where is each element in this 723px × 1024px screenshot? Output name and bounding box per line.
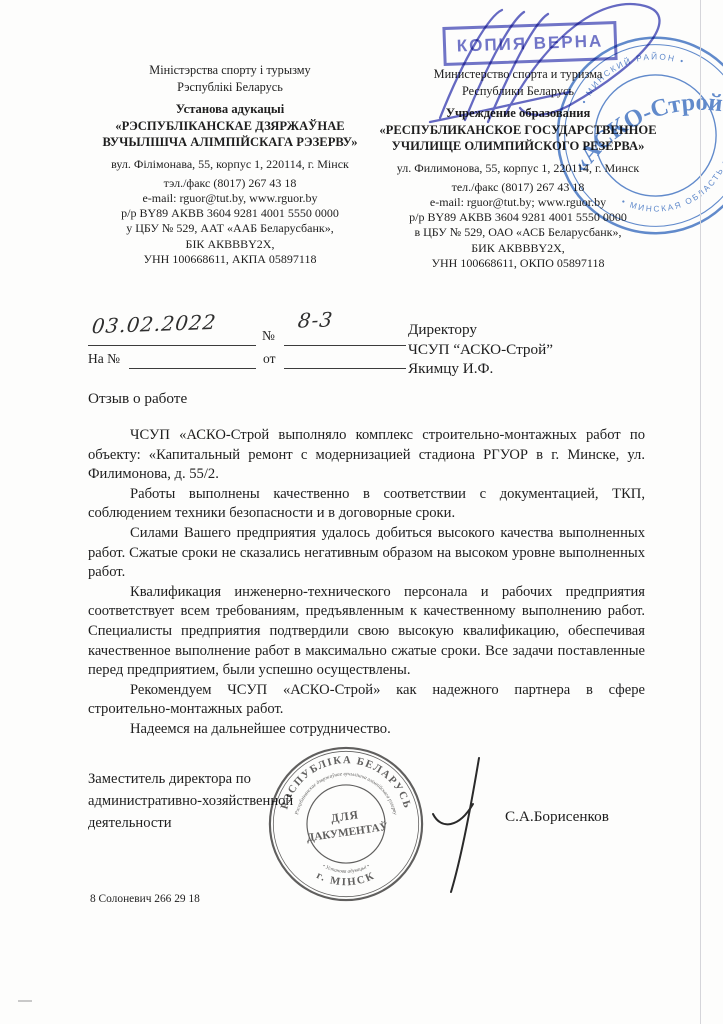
org-name: ВУЧЫЛІШЧА АЛІМПІЙСКАГА РЭЗЕРВУ» xyxy=(70,134,390,151)
black-pen-signature xyxy=(415,752,500,897)
body-paragraph: Надеемся на дальнейшее сотрудничество. xyxy=(88,720,645,740)
org-phone: тэл./факс (8017) 267 43 18 xyxy=(70,176,390,191)
addressee-block: Директору ЧСУП “АСКО-Строй” Якимцу И.Ф. xyxy=(408,320,553,379)
na-number-line xyxy=(129,368,256,369)
ministry-line: Рэспублікі Беларусь xyxy=(70,79,390,96)
org-address: вул. Філімонава, 55, корпус 1, 220114, г… xyxy=(70,157,390,172)
ot-label: от xyxy=(263,351,275,367)
na-number-label: На № xyxy=(88,351,120,367)
org-bik: БІК АКВВВY2X, xyxy=(70,237,390,252)
letterhead-left: Міністэрства спорту і турызму Рэспублікі… xyxy=(70,62,390,267)
number-label: № xyxy=(262,328,275,344)
scan-edge-line xyxy=(700,0,701,1024)
dlya-dakumentau-stamp: РЭСПУБЛІКА БЕЛАРУСЬ г. МІНСК Рэспублікан… xyxy=(266,744,426,904)
body-paragraph: Работы выполнены качественно в соответст… xyxy=(88,485,645,524)
ot-line xyxy=(284,368,406,369)
subject-line: Отзыв о работе xyxy=(88,390,187,408)
doc-center-line2: ДАКУМЕНТАЎ xyxy=(306,821,389,844)
signer-name: С.А.Борисенков xyxy=(505,808,609,826)
body-paragraph: Квалификация инженерно-технического перс… xyxy=(88,583,645,681)
org-unn: УНН 100668611, ОКПО 05897118 xyxy=(368,256,668,271)
document-page: { "header": { "left": { "ministry1": "Мі… xyxy=(0,0,723,1024)
org-name: «РЭСПУБЛІКАНСКАЕ ДЗЯРЖАЎНАЕ xyxy=(70,118,390,135)
executor-footer: 8 Солоневич 266 29 18 xyxy=(90,893,200,905)
ministry-line: Міністэрства спорту і турызму xyxy=(70,62,390,79)
addressee-person: Якимцу И.Ф. xyxy=(408,359,553,379)
doc-center-line1: ДЛЯ xyxy=(330,808,360,825)
letter-body: ЧСУП «АСКО-Строй выполняло комплекс стро… xyxy=(88,426,645,740)
addressee-title: Директору xyxy=(408,320,553,340)
addressee-company: ЧСУП “АСКО-Строй” xyxy=(408,340,553,360)
org-account: р/р BY89 АКВВ 3604 9281 4001 5550 0000 xyxy=(70,206,390,221)
body-paragraph: Силами Вашего предприятия удалось добить… xyxy=(88,524,645,583)
org-unn: УНН 100668611, АКПА 05897118 xyxy=(70,252,390,267)
svg-text:• Установа адукацыі •: • Установа адукацыі • xyxy=(322,863,371,875)
number-line xyxy=(284,345,406,346)
org-type: Установа адукацыі xyxy=(70,101,390,118)
asko-stroy-round-stamp: • МИНСКИЙ РАЙОН • • МИНСКАЯ ОБЛАСТЬ • «А… xyxy=(548,28,723,243)
body-paragraph: Рекомендуем ЧСУП «АСКО-Строй» как надежн… xyxy=(88,681,645,720)
handwritten-number: 8-3 xyxy=(297,307,335,332)
handwritten-date: 03.02.2022 xyxy=(91,310,218,338)
date-line xyxy=(88,345,256,346)
doc-inner-ring-bottom-text: • Установа адукацыі • xyxy=(322,863,371,875)
org-email: e-mail: rguor@tut.by, www.rguor.by xyxy=(70,191,390,206)
scan-artifact-dash xyxy=(18,1000,32,1002)
body-paragraph: ЧСУП «АСКО-Строй выполняло комплекс стро… xyxy=(88,426,645,485)
org-bank: у ЦБУ № 529, ААТ «ААБ Беларусбанк», xyxy=(70,221,390,236)
